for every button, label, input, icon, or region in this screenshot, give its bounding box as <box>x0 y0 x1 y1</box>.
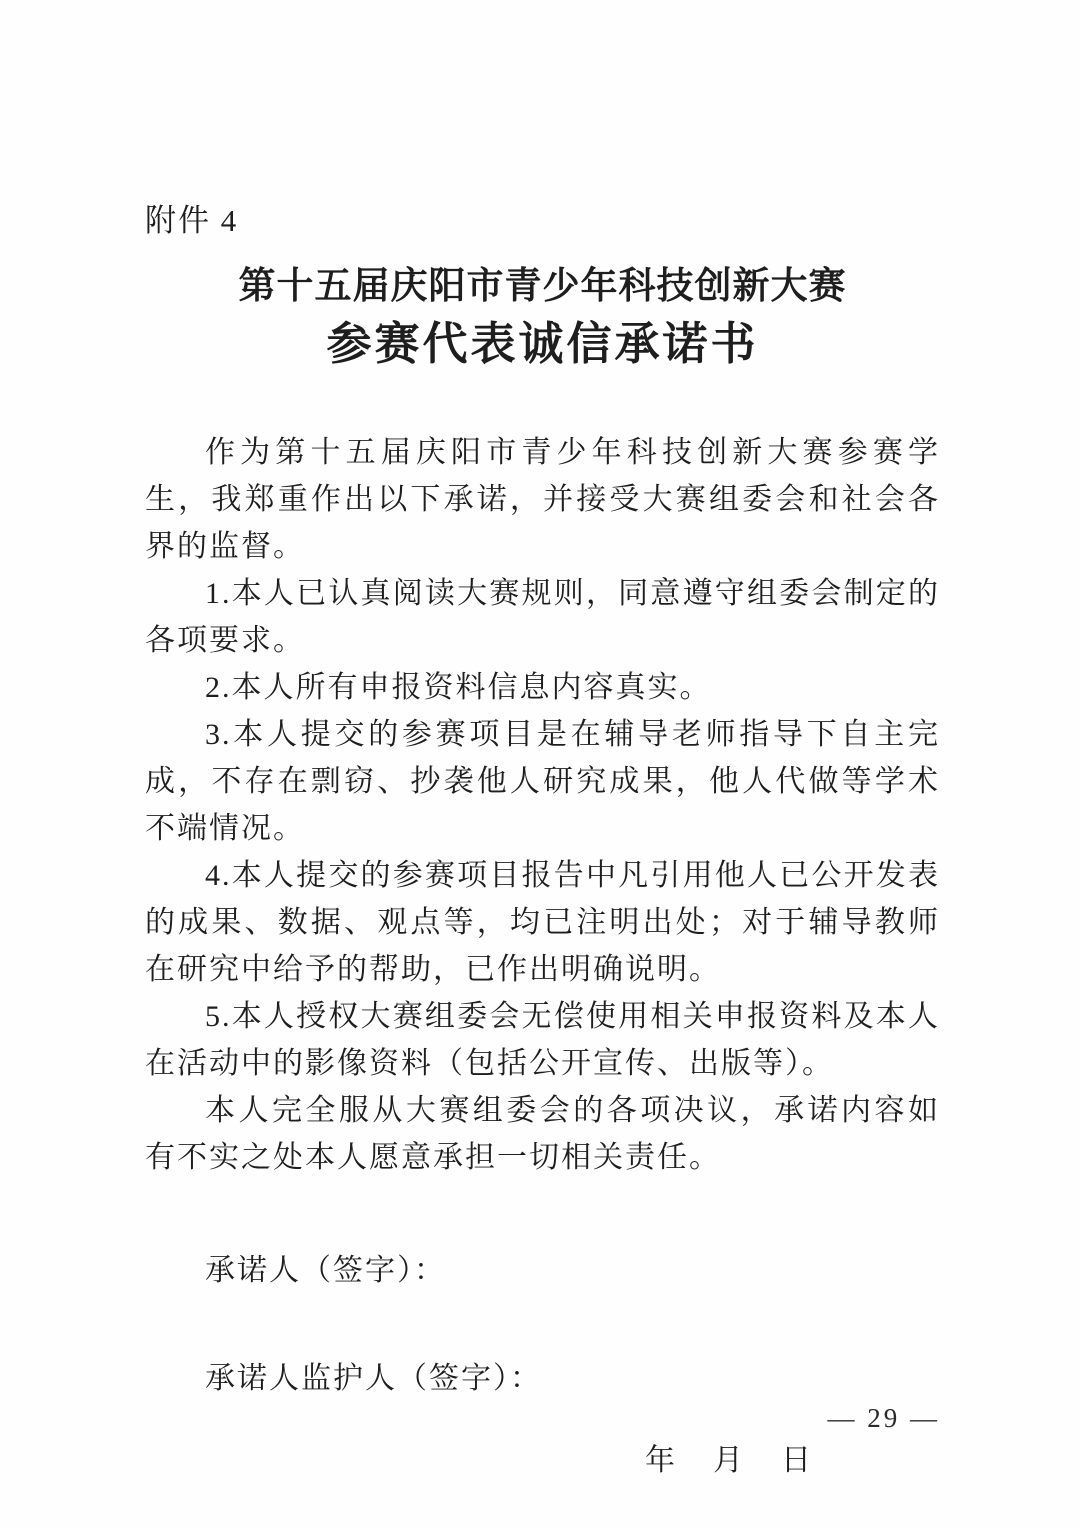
paragraph-item-5: 5.本人授权大赛组委会无偿使用相关申报资料及本人在活动中的影像资料（包括公开宣传… <box>145 993 940 1087</box>
paragraph-item-3: 3.本人提交的参赛项目是在辅导老师指导下自主完成，不存在剽窃、抄袭他人研究成果，… <box>145 711 940 852</box>
document-body: 作为第十五届庆阳市青少年科技创新大赛参赛学生，我郑重作出以下承诺，并接受大赛组委… <box>145 429 940 1181</box>
paragraph-item-4: 4.本人提交的参赛项目报告中凡引用他人已公开发表的成果、数据、观点等，均已注明出… <box>145 852 940 993</box>
date-line: 年 月 日 <box>145 1435 940 1479</box>
paragraph-closing: 本人完全服从大赛组委会的各项决议，承诺内容如有不实之处本人愿意承担一切相关责任。 <box>145 1087 940 1181</box>
paragraph-item-2: 2.本人所有申报资料信息内容真实。 <box>145 664 940 711</box>
document-page: 附件 4 第十五届庆阳市青少年科技创新大赛 参赛代表诚信承诺书 作为第十五届庆阳… <box>0 0 1080 1528</box>
signature-block: 承诺人（签字）： 承诺人监护人（签字）： 年 月 日 <box>145 1245 940 1479</box>
paragraph-item-1: 1.本人已认真阅读大赛规则，同意遵守组委会制定的各项要求。 <box>145 570 940 664</box>
promisor-signature-label: 承诺人（签字）： <box>145 1245 940 1289</box>
page-number: — 29 — <box>828 1403 941 1434</box>
title-block: 第十五届庆阳市青少年科技创新大赛 参赛代表诚信承诺书 <box>145 263 940 371</box>
document-title-line2: 参赛代表诚信承诺书 <box>145 317 940 371</box>
document-title-line1: 第十五届庆阳市青少年科技创新大赛 <box>145 263 940 309</box>
attachment-label: 附件 4 <box>145 205 940 237</box>
paragraph-intro: 作为第十五届庆阳市青少年科技创新大赛参赛学生，我郑重作出以下承诺，并接受大赛组委… <box>145 429 940 570</box>
guardian-signature-label: 承诺人监护人（签字）： <box>145 1353 940 1397</box>
